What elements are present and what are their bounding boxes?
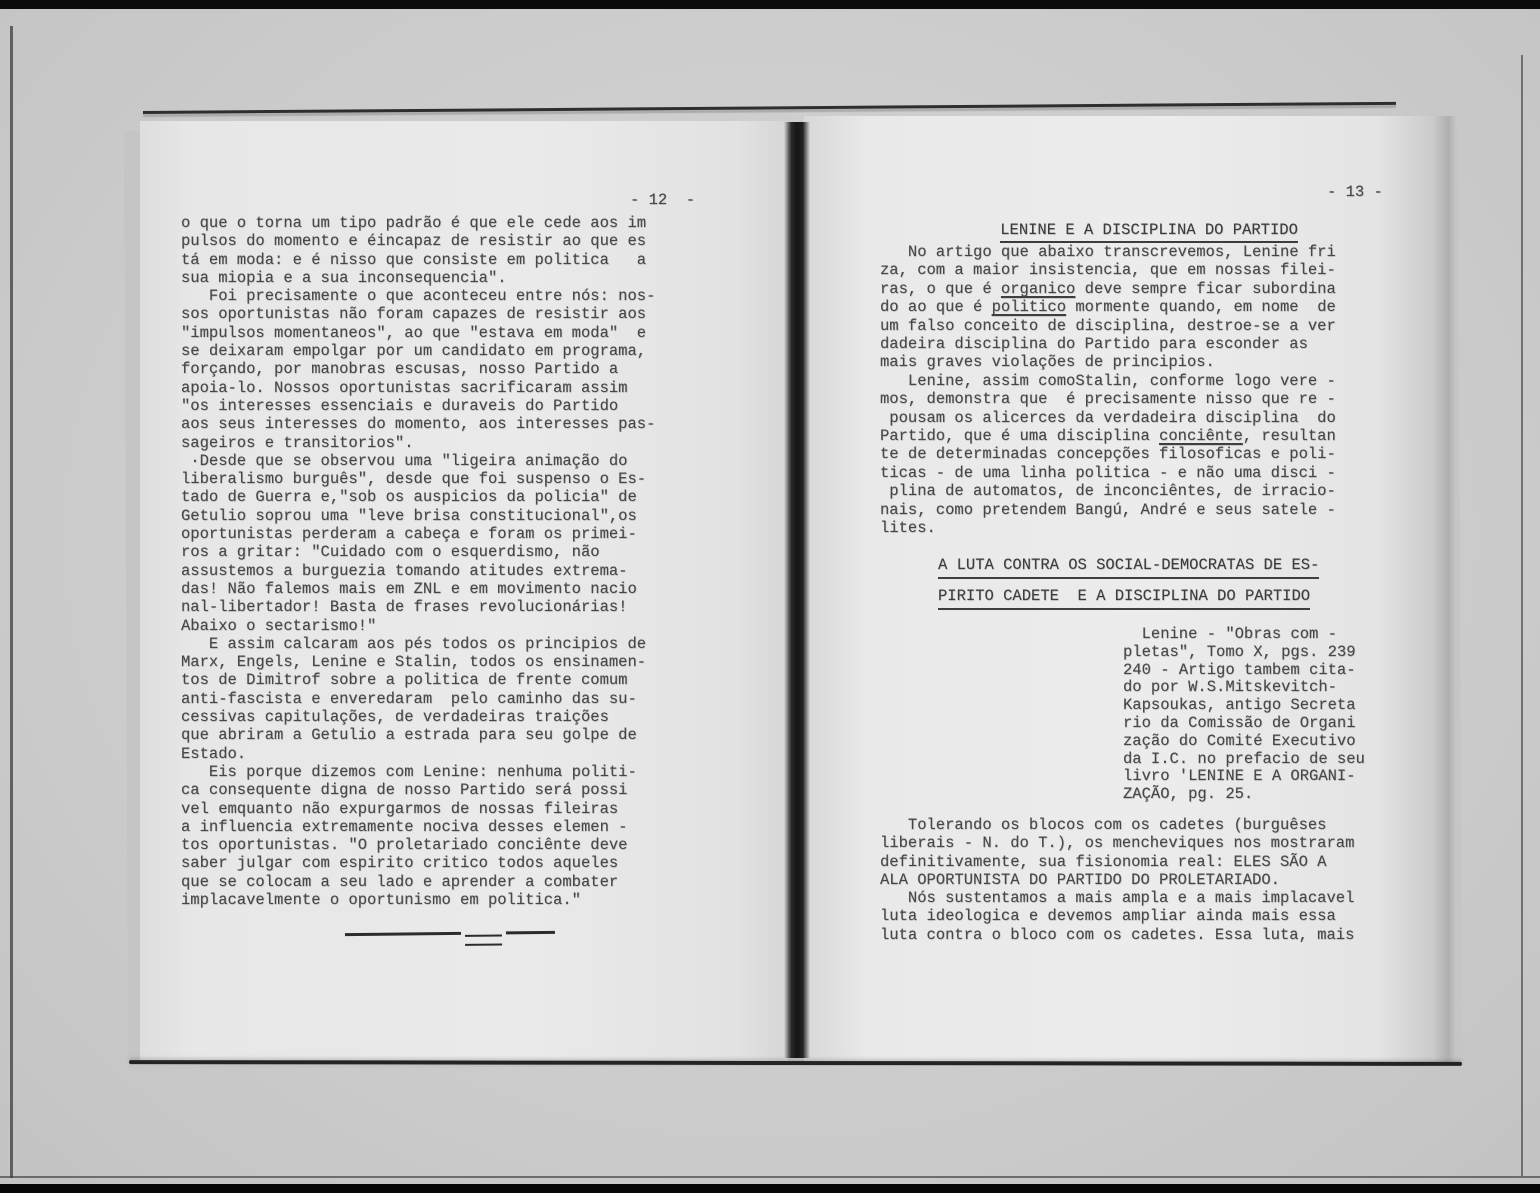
text-line: tado de Guerra e,"sob os auspicios da po… [181, 488, 655, 506]
photo-border-top [0, 0, 1540, 9]
page-number-right: - 13 - [1327, 183, 1383, 201]
text-line: oportunistas perderam a cabeça e foram o… [181, 525, 655, 543]
text-line: Partido, que é uma disciplina conciênte,… [880, 427, 1336, 445]
divider-dash-double [465, 934, 503, 945]
text-line: E assim calcaram aos pés todos os princi… [181, 635, 655, 653]
text-line: pletas", Tomo X, pgs. 239 [1123, 644, 1365, 662]
text-line: lites. [880, 519, 1336, 537]
photo-border-right [1521, 55, 1523, 1176]
intro-paragraphs: No artigo que abaixo transcrevemos, Leni… [880, 243, 1336, 538]
page-edge-shadow [1434, 116, 1456, 1064]
text-line: ca consequente digna de nosso Partido se… [181, 781, 655, 799]
text-line: do por W.S.Mitskevitch- [1123, 679, 1365, 697]
text-line: se deixaram empolgar por um candidato em… [181, 342, 655, 360]
text-line: Marx, Engels, Lenine e Stalin, todos os … [181, 653, 655, 671]
text-line: aos seus interesses do momento, aos inte… [181, 415, 655, 433]
text-line: Foi precisamente o que aconteceu entre n… [181, 287, 655, 305]
text-line: da I.C. no prefacio de seu [1123, 751, 1365, 769]
text-line: te de determinadas concepções filosofica… [880, 445, 1336, 463]
text-line: anti-fascista e enveredaram pelo caminho… [181, 690, 655, 708]
text-line: "os interesses essenciais e duraveis do … [181, 397, 655, 415]
text-line: liberalismo burguês", desde que foi susp… [181, 470, 655, 488]
text-line: definitivamente, sua fisionomia real: EL… [880, 853, 1354, 871]
text-line: liberais - N. do T.), os mencheviques no… [880, 834, 1354, 852]
text-line: ALA OPORTUNISTA DO PARTIDO DO PROLETARIA… [880, 871, 1354, 889]
text-line: Nós sustentamos a mais ampla e a mais im… [880, 889, 1354, 907]
photo-border-bottom [0, 1184, 1540, 1193]
page-13-body: Tolerando os blocos com os cadetes (burg… [880, 816, 1354, 944]
text-line: Tolerando os blocos com os cadetes (burg… [880, 816, 1354, 834]
text-line: a influencia extremamente nociva desses … [181, 818, 655, 836]
text-line: sos oportunistas não foram capazes de re… [181, 305, 655, 323]
text-line: "impulsos momentaneos", ao que "estava e… [181, 324, 655, 342]
text-line: pousam os alicerces da verdadeira discip… [880, 409, 1336, 427]
text-line: luta contra o bloco com os cadetes. Essa… [880, 926, 1354, 944]
article-title-text: LENINE E A DISCIPLINA DO PARTIDO [1000, 221, 1298, 243]
page-number-left: - 12 - [630, 191, 695, 209]
text-line: nais, como pretendem Bangú, André e seus… [880, 501, 1336, 519]
text-line: Abaixo o sectarismo!" [181, 617, 655, 635]
text-line: A LUTA CONTRA OS SOCIAL-DEMOCRATAS DE ES… [938, 556, 1319, 579]
text-line: implacavelmente o oportunismo em politic… [181, 891, 655, 909]
text-line: zação do Comité Executivo [1123, 733, 1365, 751]
text-line: sageiros e transitorios". [181, 434, 655, 452]
text-line: luta ideologica e devemos ampliar ainda … [880, 907, 1354, 925]
text-line: que abriram a Getulio a estrada para seu… [181, 726, 655, 744]
text-line: rio da Comissão de Organi [1123, 715, 1365, 733]
text-line: assustemos a burguezia tomando atitudes … [181, 562, 655, 580]
divider-dash-long [345, 932, 461, 936]
text-line: 240 - Artigo tambem cita- [1123, 662, 1365, 680]
text-line: ·Desde que se observou uma "ligeira anim… [181, 452, 655, 470]
text-line: PIRITO CADETE E A DISCIPLINA DO PARTIDO [938, 587, 1310, 610]
underlined-text: conciênte [1159, 427, 1243, 445]
text-line: um falso conceito de disciplina, destroe… [880, 317, 1336, 335]
text-line: tá em moda: e é nisso que consiste em po… [181, 251, 655, 269]
text-line: Getulio soprou uma "leve brisa constituc… [181, 507, 655, 525]
photo-border-left [10, 26, 13, 1178]
text-line: do ao que é politico mormente quando, em… [880, 298, 1336, 316]
text-line: ticas - de uma linha politica - e não um… [880, 464, 1336, 482]
text-line: nal-libertador! Basta de frases revoluci… [181, 598, 655, 616]
text-line: mais graves violações de principios. [880, 353, 1336, 371]
text-line: que se colocam a seu lado e aprender a c… [181, 873, 655, 891]
underlined-text: organico [1001, 280, 1075, 298]
text-line: Kapsoukas, antigo Secreta [1123, 697, 1365, 715]
scanned-document-photo: - 12 - o que o torna um tipo padrão é qu… [0, 0, 1540, 1193]
text-line: pulsos do momento e éincapaz de resistir… [181, 232, 655, 250]
text-line: mos, demonstra que é precisamente nisso … [880, 390, 1336, 408]
section-divider [345, 927, 555, 947]
text-line: livro 'LENINE E A ORGANI- [1123, 768, 1365, 786]
text-line: apoia-lo. Nossos oportunistas sacrificar… [181, 379, 655, 397]
binding-gutter [784, 122, 810, 1058]
citation-block: Lenine - "Obras com -pletas", Tomo X, pg… [1123, 626, 1365, 804]
text-line: dadeira disciplina do Partido para escon… [880, 335, 1336, 353]
text-line: das! Não falemos mais em ZNL e em movime… [181, 580, 655, 598]
text-line: Eis porque dizemos com Lenine: nenhuma p… [181, 763, 655, 781]
text-line: za, com a maior insistencia, que em noss… [880, 261, 1336, 279]
text-line: ros a gritar: "Cuidado com o esquerdismo… [181, 543, 655, 561]
text-line: tos de Dimitrof sobre a politica de fren… [181, 671, 655, 689]
text-line: tos oportunistas. "O proletariado conciê… [181, 836, 655, 854]
text-line: No artigo que abaixo transcrevemos, Leni… [880, 243, 1336, 261]
page-top-edge [143, 102, 1396, 114]
text-line: Estado. [181, 745, 655, 763]
text-line: forçando, por manobras escusas, nosso Pa… [181, 360, 655, 378]
text-line: ZAÇÃO, pg. 25. [1123, 786, 1365, 804]
text-line: cessivas capitulações, de verdadeiras tr… [181, 708, 655, 726]
text-line: vel emquanto não expurgarmos de nossas f… [181, 800, 655, 818]
text-line: plina de automatos, de inconciêntes, de … [880, 482, 1336, 500]
text-line: Lenine, assim comoStalin, conforme logo … [880, 372, 1336, 390]
text-line: o que o torna um tipo padrão é que ele c… [181, 214, 655, 232]
underlined-text: politico [992, 298, 1066, 316]
divider-dash-short [506, 931, 555, 935]
text-line: saber julgar com espirito critico todos … [181, 854, 655, 872]
text-line: Lenine - "Obras com - [1123, 626, 1365, 644]
text-line: ras, o que é organico deve sempre ficar … [880, 280, 1336, 298]
section-heading: A LUTA CONTRA OS SOCIAL-DEMOCRATAS DE ES… [938, 556, 1319, 618]
text-line: sua miopia e a sua inconsequencia". [181, 269, 655, 287]
page-12-body: o que o torna um tipo padrão é que ele c… [181, 214, 655, 909]
photo-edge-line [0, 1176, 1540, 1178]
